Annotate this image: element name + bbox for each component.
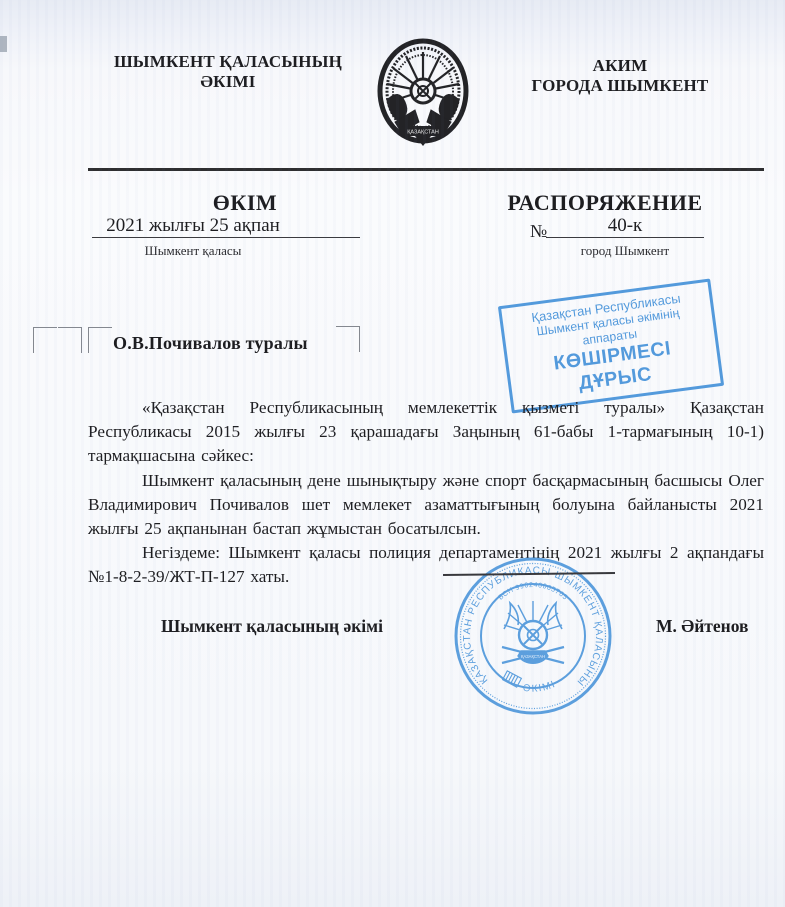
seal-bsn-text: БСН 990240005765 xyxy=(497,582,568,602)
signer-name: М. Әйтенов xyxy=(656,616,749,637)
doc-number-field: 40-к xyxy=(546,215,704,238)
corner-mark-left-3 xyxy=(88,327,112,353)
emblem-banner-text: ҚАЗАҚСТАН xyxy=(407,130,439,136)
org-name-russian: АКИМ ГОРОДА ШЫМКЕНТ xyxy=(475,56,765,96)
org-name-russian-line2: ГОРОДА ШЫМКЕНТ xyxy=(475,76,765,96)
corner-mark-left-2 xyxy=(58,327,82,353)
scan-artifact xyxy=(0,36,7,52)
org-name-kazakh-line2: ӘКІМІ xyxy=(83,72,373,92)
copy-certification-stamp: Қазақстан Республикасы Шымкент қаласы әк… xyxy=(498,278,724,413)
doc-date-field: 2021 жылғы 25 ақпан xyxy=(92,215,360,238)
corner-mark-right xyxy=(336,326,360,352)
org-name-kazakh: ШЫМКЕНТ ҚАЛАСЫНЫҢ ӘКІМІ xyxy=(83,52,373,92)
doc-type-kazakh: ӨКІМ xyxy=(105,190,385,216)
letterhead-divider xyxy=(88,168,764,171)
doc-type-russian: РАСПОРЯЖЕНИЕ xyxy=(465,190,745,216)
kazakhstan-coat-of-arms-icon: ҚАЗАҚСТАН xyxy=(375,38,471,153)
doc-body: «Қазақстан Республикасының мемлекеттік қ… xyxy=(88,396,764,590)
org-name-russian-line1: АКИМ xyxy=(475,56,765,76)
body-paragraph-3: Негіздеме: Шымкент қаласы полиция департ… xyxy=(88,541,764,589)
document-page: ШЫМКЕНТ ҚАЛАСЫНЫҢ ӘКІМІ xyxy=(0,0,785,907)
seal-center-banner: ҚАЗАҚСТАН xyxy=(521,654,545,659)
org-name-kazakh-line1: ШЫМКЕНТ ҚАЛАСЫНЫҢ xyxy=(83,52,373,72)
doc-place-kazakh: Шымкент қаласы xyxy=(92,243,360,259)
doc-number-label: № xyxy=(530,221,547,242)
signer-position: Шымкент қаласының әкімі xyxy=(161,616,383,637)
svg-text:ӘКІМІ: ӘКІМІ xyxy=(522,679,558,695)
corner-mark-left-1 xyxy=(33,327,57,353)
svg-text:БСН 990240005765: БСН 990240005765 xyxy=(497,582,568,602)
official-round-seal: ҚАЗАҚСТАН ҚАЗАҚСТАН РЕСПУБЛИКАСЫ ШЫМКЕНТ… xyxy=(452,555,614,722)
doc-place-russian: город Шымкент xyxy=(546,243,704,259)
doc-subject-title: О.В.Почивалов туралы xyxy=(113,333,308,354)
body-paragraph-1: «Қазақстан Республикасының мемлекеттік қ… xyxy=(88,396,764,469)
body-paragraph-2: Шымкент қаласының дене шынықтыру және сп… xyxy=(88,469,764,542)
seal-ring-bottom-text: ӘКІМІ xyxy=(522,679,558,695)
